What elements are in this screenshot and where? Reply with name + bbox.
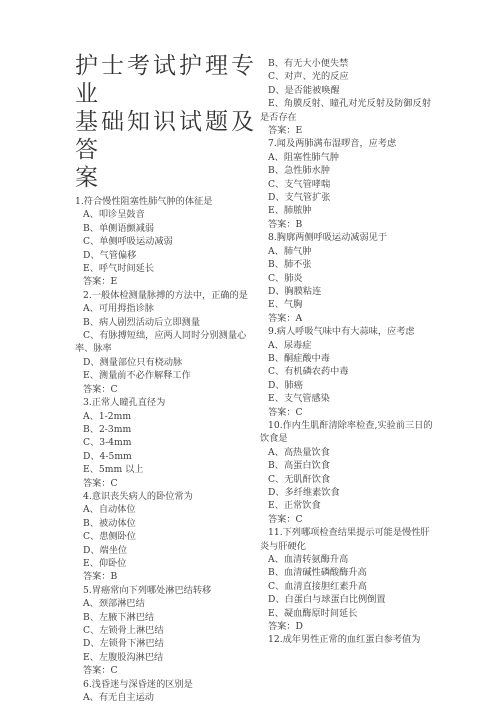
answer-option: D、4-5mm: [75, 450, 260, 463]
page-title: 护士考试护理专业 基础知识试题及答 案: [75, 52, 260, 192]
answer-key: 答案：B: [75, 570, 260, 583]
question-text: 7.闻及两肺满布湿啰音，应考虑: [260, 137, 460, 150]
answer-option: E、气胸: [260, 298, 460, 311]
answer-option: E、支气管感染: [260, 392, 460, 405]
question-text: 8.胸廓两侧呼吸运动减弱见于: [260, 231, 460, 244]
answer-option: E、左腹股沟淋巴结: [75, 651, 260, 664]
answer-option: E、呼气时间延长: [75, 262, 260, 275]
answer-option: B、病人剧烈活动后立即测量: [75, 316, 260, 329]
answer-option: D、胸膜粘连: [260, 285, 460, 298]
answer-option: B、有无大小便失禁: [260, 57, 460, 70]
question-text: 12.成年男性正常的血红蛋白参考值为: [260, 633, 460, 646]
answer-option: C、支气管哮喘: [260, 178, 460, 191]
continuation-line: 炎与肝硬化: [260, 540, 460, 553]
answer-key: 答案：E: [260, 124, 460, 137]
answer-option: A、叩诊呈鼓音: [75, 208, 260, 221]
answer-key: 答案：C: [260, 406, 460, 419]
question-text: 10.作内生肌酐清除率检查,实验前三日的: [260, 419, 460, 432]
answer-option: A、肺气肿: [260, 245, 460, 258]
answer-option: E、肺脓肿: [260, 204, 460, 217]
answer-key: 答案：C: [75, 477, 260, 490]
answer-option: B、高蛋白饮食: [260, 459, 460, 472]
answer-option: D、支气管扩张: [260, 191, 460, 204]
answer-option: C、血清直接胆红素升高: [260, 580, 460, 593]
title-line: 基础知识试题及答: [75, 108, 260, 164]
answer-option: A、自动体位: [75, 503, 260, 516]
question-text: 11.下列哪项检查结果提示可能是慢性肝: [260, 526, 460, 539]
title-line: 案: [75, 164, 260, 192]
question-text: 2.一般体检测量脉搏的方法中，正确的是: [75, 289, 260, 302]
answer-key: 答案：C: [260, 513, 460, 526]
title-line: 护士考试护理专业: [75, 52, 260, 108]
answer-option: C、3-4mm: [75, 436, 260, 449]
answer-option: C、左锁骨上淋巴结: [75, 624, 260, 637]
answer-option: A、颈部淋巴结: [75, 597, 260, 610]
answer-option: A、可用拇指诊脉: [75, 302, 260, 315]
answer-option: A、血清转氨酶升高: [260, 553, 460, 566]
continuation-line: 是否存在: [260, 111, 460, 124]
answer-key: 答案：A: [260, 312, 460, 325]
answer-option: D、气管偏移: [75, 249, 260, 262]
answer-option: E、仰卧位: [75, 557, 260, 570]
question-text: 6.浅昏迷与深昏迷的区别是: [75, 678, 260, 691]
answer-key: 答案：B: [260, 218, 460, 231]
right-question-list: B、有无大小便失禁C、对声、光的反应D、是否能被唤醒E、角膜反射、瞳孔对光反射及…: [260, 57, 460, 647]
question-text: 1.符合慢性阻塞性肺气肿的体征是: [75, 195, 260, 208]
answer-option: B、左腋下淋巴结: [75, 611, 260, 624]
answer-option: E、5mm 以上: [75, 463, 260, 476]
answer-option: B、肺不张: [260, 258, 460, 271]
answer-option: C、有脉搏短绌，应两人同时分别测量心: [75, 329, 260, 342]
continuation-line: 饮食是: [260, 432, 460, 445]
answer-option: C、单侧呼吸运动减弱: [75, 235, 260, 248]
answer-option: C、对声、光的反应: [260, 70, 460, 83]
left-question-list: 1.符合慢性阻塞性肺气肿的体征是A、叩诊呈鼓音B、单侧语颤减弱C、单侧呼吸运动减…: [75, 195, 260, 704]
answer-option: A、有无自主运动: [75, 691, 260, 704]
answer-option: E、正常饮食: [260, 499, 460, 512]
answer-option: C、患侧卧位: [75, 530, 260, 543]
answer-option: C、肺炎: [260, 272, 460, 285]
answer-key: 答案：D: [260, 620, 460, 633]
question-text: 5.胃癌常向下列哪处淋巴结转移: [75, 584, 260, 597]
answer-key: 答案：E: [75, 275, 260, 288]
question-text: 3.正常人瞳孔直径为: [75, 396, 260, 409]
question-text: 4.意识丧失病人的卧位常为: [75, 490, 260, 503]
answer-option: D、左锁骨下淋巴结: [75, 637, 260, 650]
answer-option: D、肺癌: [260, 379, 460, 392]
answer-option: A、尿毒症: [260, 339, 460, 352]
answer-option: B、被动体位: [75, 517, 260, 530]
answer-key: 答案：C: [75, 664, 260, 677]
answer-option: D、端坐位: [75, 544, 260, 557]
answer-option: D、白蛋白与球蛋白比例倒置: [260, 593, 460, 606]
answer-option: A、高热量饮食: [260, 446, 460, 459]
answer-option: E、测量前不必作解释工作: [75, 369, 260, 382]
answer-option: D、是否能被唤醒: [260, 84, 460, 97]
question-text: 9.病人呼吸气味中有大蒜味，应考虑: [260, 325, 460, 338]
continuation-line: 率、脉率: [75, 342, 260, 355]
answer-option: D、多纤维素饮食: [260, 486, 460, 499]
answer-option: B、血清碱性磷酸酶升高: [260, 566, 460, 579]
left-column: 护士考试护理专业 基础知识试题及答 案 1.符合慢性阻塞性肺气肿的体征是A、叩诊…: [75, 52, 260, 704]
answer-option: B、单侧语颤减弱: [75, 222, 260, 235]
answer-option: C、有机磷农药中毒: [260, 365, 460, 378]
right-column: B、有无大小便失禁C、对声、光的反应D、是否能被唤醒E、角膜反射、瞳孔对光反射及…: [260, 57, 460, 647]
answer-option: E、角膜反射、瞳孔对光反射及防御反射: [260, 97, 460, 110]
answer-option: C、无肌酐饮食: [260, 473, 460, 486]
answer-option: A、1-2mm: [75, 410, 260, 423]
answer-option: B、急性肺水肿: [260, 164, 460, 177]
answer-option: D、测量部位只有桡动脉: [75, 356, 260, 369]
answer-option: B、2-3mm: [75, 423, 260, 436]
answer-option: E、凝血酶原时间延长: [260, 607, 460, 620]
answer-option: B、酮症酸中毒: [260, 352, 460, 365]
answer-option: A、阻塞性肺气肿: [260, 151, 460, 164]
answer-key: 答案：C: [75, 383, 260, 396]
